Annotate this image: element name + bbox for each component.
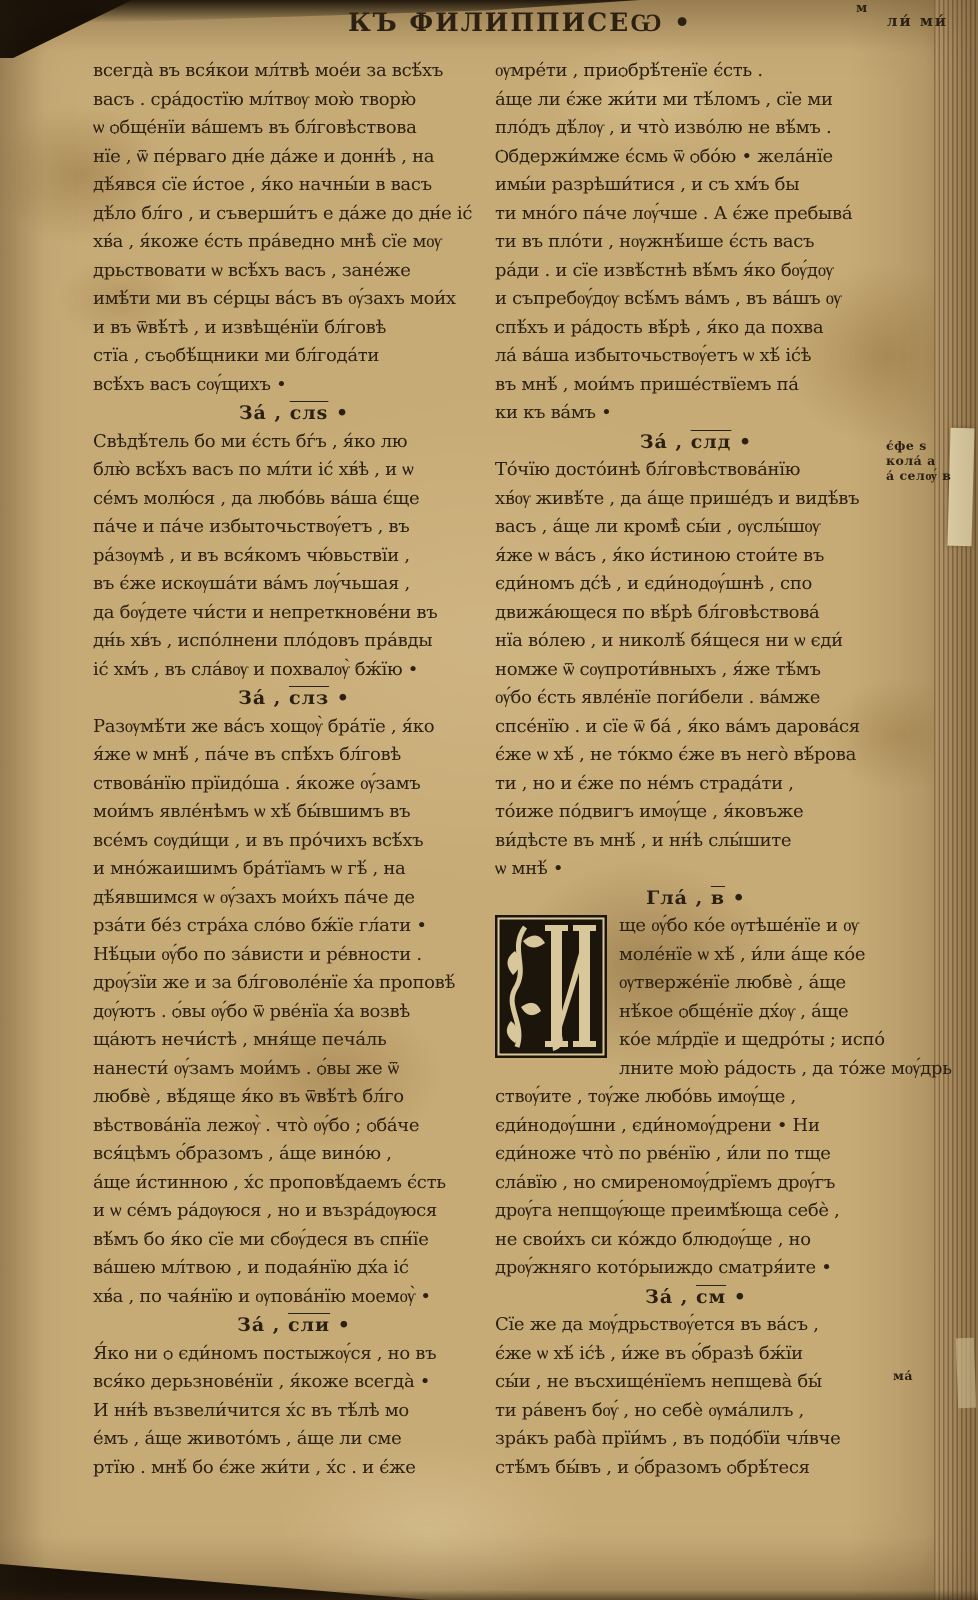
zachalo-number: слз bbox=[289, 687, 329, 709]
text-line: всегда̀ въ вся́кои мл́твѣ мое́и за всѣ́х… bbox=[93, 57, 495, 86]
text-line: стїа , съѻбѣ́щники ми бл́года́ти bbox=[93, 342, 495, 371]
text-line: Свѣдѣ́тель бо ми є́сть бѓъ , я́ко лю bbox=[93, 428, 495, 457]
text-line: любвѐ , вѣ́дяще я́ко въ ѿвѣ́тѣ бл́го bbox=[93, 1083, 495, 1112]
text-line: номже ѿ сѹпроти́вныхъ , я́же тѣ́мъ bbox=[495, 656, 897, 685]
text-line: не свои́хъ си ко́ждо блюдѹ́ще , но bbox=[495, 1226, 897, 1255]
margin-note-line: є́фе ѕ bbox=[886, 438, 951, 453]
margin-note: є́фе ѕкола́ аа́ селѹ́ в bbox=[886, 438, 951, 483]
text-line: ти ра́венъ бѹ́ , но себѐ ѹма́лилъ , bbox=[495, 1397, 897, 1426]
text-line: дрѹ́зїи же и за бл́говоле́нїе х́а пропов… bbox=[93, 969, 495, 998]
text-line: хв́а , я́коже є́сть пра́ведно мнѣ̀ сїе м… bbox=[93, 228, 495, 257]
text-line: єди́нодѹ́шни , єди́номѹ́дрени • Ни bbox=[495, 1112, 897, 1141]
text-line: єди́номъ дс́ѣ , и єди́нодѹ́шнѣ , спо bbox=[495, 570, 897, 599]
margin-note-line: кола́ а bbox=[886, 453, 951, 468]
text-line: сы́и , не въсхище́нїемъ непщева̀ бы́ bbox=[495, 1368, 897, 1397]
running-title: КЪ ФИЛИППИСЕѠ • м bbox=[348, 8, 692, 38]
zachalo-prefix: За́ , bbox=[239, 402, 282, 424]
margin-note: ма́ bbox=[893, 1368, 913, 1383]
text-line: ки къ ва́мъ • bbox=[495, 399, 897, 428]
zachalo-number: сли bbox=[288, 1314, 330, 1336]
zachalo-number: см bbox=[696, 1286, 726, 1308]
text-line: ви́дѣсте въ мнѣ́ , и нн́ѣ слы́шите bbox=[495, 827, 897, 856]
zachalo-number: слѕ bbox=[290, 402, 329, 424]
text-line: мои́мъ явле́нѣмъ ѡ хѣ́ бы́вшимъ въ bbox=[93, 798, 495, 827]
text-block: То́чїю досто́инѣ бл́говѣствова́нїюхв́ѹ ж… bbox=[495, 456, 897, 884]
text-line: хв́ѹ живѣ́те , да а́ще прише́дъ и видѣ́в… bbox=[495, 485, 897, 514]
text-line: ти мно́го па́че лѹ́чше . А є́же пребыва́ bbox=[495, 200, 897, 229]
zachalo-suffix: • bbox=[739, 431, 752, 453]
text-block: Я́ко ни ѻ єди́номъ постыжѹ́ся , но въвся… bbox=[93, 1340, 495, 1483]
text-line: дрьствовати ѡ всѣ́хъ васъ , зане́же bbox=[93, 257, 495, 286]
text-line: ѡ мнѣ́ • bbox=[495, 855, 897, 884]
text-column-left: всегда̀ въ вся́кои мл́твѣ мое́и за всѣ́х… bbox=[93, 57, 495, 1482]
running-title-text: КЪ ФИЛИППИСЕѠ • bbox=[348, 8, 692, 37]
text-line: Ѻбдержи́мже є́смь ѿ ѻбо́ю • жела́нїе bbox=[495, 143, 897, 172]
text-line: се́мъ молю́ся , да любо́вь ва́ша є́ще bbox=[93, 485, 495, 514]
text-line: То́чїю досто́инѣ бл́говѣствова́нїю bbox=[495, 456, 897, 485]
text-line: лните мою̀ ра́дость , да то́же мѹ́дрь bbox=[495, 1055, 897, 1084]
text-line: имѣ́ти ми въ се́рцы ва́съ въ ѹ́захъ мои́… bbox=[93, 285, 495, 314]
text-line: дѣ́явся сїе и́стое , я́ко начны́и в васъ bbox=[93, 171, 495, 200]
text-line: е́мъ , а́ще живото́мъ , а́ще ли сме bbox=[93, 1425, 495, 1454]
text-line: сла́вїю , но смиреномѹ́дрїемъ дрѹ́гъ bbox=[495, 1169, 897, 1198]
text-line: вѣ́мъ бо я́ко сїе ми сбѹ́деся въ спн́їе bbox=[93, 1226, 495, 1255]
text-line: въ є́же искѹша́ти ва́мъ лѹ́чьшая , bbox=[93, 570, 495, 599]
text-line: ртїю . мнѣ́ бо є́же жи́ти , х́с . и є́же bbox=[93, 1454, 495, 1483]
margin-note-line: а́ селѹ́ в bbox=[886, 468, 951, 483]
running-title-superscript: м bbox=[856, 1, 868, 16]
text-line: а́ще ли є́же жи́ти ми тѣ́ломъ , сїе ми bbox=[495, 86, 897, 115]
zachalo-number: в bbox=[711, 887, 725, 909]
zachalo-suffix: • bbox=[733, 887, 746, 909]
zachalo-suffix: • bbox=[336, 402, 349, 424]
zachalo-prefix: За́ , bbox=[645, 1286, 688, 1308]
bottom-vignette bbox=[0, 1590, 978, 1600]
text-line: ва́шею мл́твою , и подая́нїю дх́а іс́ bbox=[93, 1254, 495, 1283]
text-line: дн́ь хв́ъ , испо́лнени пло́довъ пра́вды bbox=[93, 627, 495, 656]
text-line: пло́дъ дѣ́лѹ , и что̀ изво́лю не вѣ́мъ . bbox=[495, 114, 897, 143]
text-line: ѹ́бо є́сть явле́нїе поги́бели . ва́мже bbox=[495, 684, 897, 713]
text-line: васъ , а́ще ли кромѣ̀ сы́и , ѹслы́шѹ bbox=[495, 513, 897, 542]
text-line: ствова́нїю прїидо́ша . я́коже ѹ́замъ bbox=[93, 770, 495, 799]
zachalo-suffix: • bbox=[338, 1314, 351, 1336]
text-line: Разѹмѣ́ти же ва́съ хощѹ̀ бра́тїе , я́ко bbox=[93, 713, 495, 742]
text-line: дѹ́ютъ . ѻ́вы ѹ́бо ѿ рве́нїа х́а возвѣ bbox=[93, 998, 495, 1027]
text-line: дѣ́ло бл́го , и съверши́тъ е да́же до дн… bbox=[93, 200, 495, 229]
text-line: ра́ди . и сїе извѣ́стнѣ вѣ́мъ я́ко бѹ́дѹ bbox=[495, 257, 897, 286]
text-line: ти , но и є́же по не́мъ страда́ти , bbox=[495, 770, 897, 799]
text-line: а́ще и́стинною , х́с проповѣ́даемъ є́сть bbox=[93, 1169, 495, 1198]
text-line: все́мъ сѹди́щи , и въ про́чихъ всѣ́хъ bbox=[93, 827, 495, 856]
text-line: ствѹ́ите , тѹ́же любо́вь имѹ́ще , bbox=[495, 1083, 897, 1112]
text-line: спѣ́хъ и ра́дость вѣ́рѣ , я́ко да похва bbox=[495, 314, 897, 343]
text-line: всѣ́хъ васъ сѹ́щихъ • bbox=[93, 371, 495, 400]
text-line: въ мнѣ́ , мои́мъ прише́ствїемъ па́ bbox=[495, 371, 897, 400]
folio-number: ли́ ми́ bbox=[887, 12, 948, 30]
zachalo-prefix: За́ , bbox=[238, 687, 281, 709]
text-line: васъ . сра́достїю мл́твѹ мою̀ творю̀ bbox=[93, 86, 495, 115]
margin-note-line: ма́ bbox=[893, 1368, 913, 1383]
zachalo-prefix: За́ , bbox=[237, 1314, 280, 1336]
text-line: є́же ѡ хѣ́ , не то́кмо є́же въ него̀ вѣ́… bbox=[495, 741, 897, 770]
text-line: имы́и разрѣши́тися , и съ хм́ъ бы bbox=[495, 171, 897, 200]
text-line: то́иже по́двигъ имѹ́ще , я́ковъже bbox=[495, 798, 897, 827]
text-line: вся́ко дерьзнове́нїи , я́коже всегда̀ • bbox=[93, 1368, 495, 1397]
text-line: и съпребѹ́дѹ всѣ́мъ ва́мъ , въ ва́шъ ѹ bbox=[495, 285, 897, 314]
text-block: всегда̀ въ вся́кои мл́твѣ мое́и за всѣ́х… bbox=[93, 57, 495, 399]
zachalo-heading: За́ , слѕ • bbox=[93, 399, 495, 428]
text-line: я́же ѡ мнѣ́ , па́че въ спѣ́хъ бл́говѣ bbox=[93, 741, 495, 770]
text-line: ра́зѹмѣ , и въ вся́комъ чю́вьствїи , bbox=[93, 542, 495, 571]
text-block: Свѣдѣ́тель бо ми є́сть бѓъ , я́ко люблю̀… bbox=[93, 428, 495, 685]
text-line: движа́ющеся по вѣ́рѣ бл́говѣствова́ bbox=[495, 599, 897, 628]
text-line: па́че и па́че избыточьствѹ́етъ , въ bbox=[93, 513, 495, 542]
book-page-scan: КЪ ФИЛИППИСЕѠ • м ли́ ми́ всегда̀ въ вся… bbox=[0, 0, 978, 1600]
text-line: ла́ ва́ша избыточьствѹ́етъ ѡ хѣ́ іс́ѣ bbox=[495, 342, 897, 371]
text-line: нанести́ ѹ́замъ мои́мъ . ѻ́вы же ѿ bbox=[93, 1055, 495, 1084]
text-line: єди́ноже что̀ по рве́нїю , и́ли по тще bbox=[495, 1140, 897, 1169]
text-line: блю̀ всѣ́хъ васъ по мл́ти іс́ хв́ѣ , и ѡ bbox=[93, 456, 495, 485]
paper-slip-lower bbox=[956, 1338, 976, 1409]
zachalo-prefix: За́ , bbox=[640, 431, 683, 453]
text-line: Сїе же да мѹ́дрьствѹ́ется въ ва́съ , bbox=[495, 1311, 897, 1340]
zachalo-suffix: • bbox=[734, 1286, 747, 1308]
text-line: и въ ѿвѣ́тѣ , и извѣще́нїи бл́говѣ bbox=[93, 314, 495, 343]
paper-slip bbox=[947, 428, 974, 547]
text-line: дѣ́явшимся ѡ ѹ́захъ мои́хъ па́че де bbox=[93, 884, 495, 913]
text-line: є́же ѡ хѣ́ іс́ѣ , и́же въ ѻ́бразѣ бж́їи bbox=[495, 1340, 897, 1369]
text-line: да бѹ́дете чи́сти и непреткнове́ни въ bbox=[93, 599, 495, 628]
text-line: стѣ́мъ бы́въ , и ѻ́бразомъ ѻбрѣ́теся bbox=[495, 1454, 897, 1483]
zachalo-prefix: Гла́ , bbox=[646, 887, 703, 909]
zachalo-heading: За́ , сли • bbox=[93, 1311, 495, 1340]
text-line: дрѹ́га непщѹ́юще преимѣ́юща себѐ , bbox=[495, 1197, 897, 1226]
text-line: и ѡ се́мъ ра́дѹюся , но и възра́дѹюся bbox=[93, 1197, 495, 1226]
zachalo-heading: За́ , слд • bbox=[495, 428, 897, 457]
text-line: ѡ ѻбще́нїи ва́шемъ въ бл́говѣствова bbox=[93, 114, 495, 143]
text-block: ѹмре́ти , приѻбрѣ́тенїе є́сть .а́ще ли є… bbox=[495, 57, 897, 428]
text-line: спсе́нїю . и сїе ѿ ба́ , я́ко ва́мъ даро… bbox=[495, 713, 897, 742]
text-block: ще ѹ́бо ко́е ѹтѣше́нїе и ѹмоле́нїе ѡ хѣ́… bbox=[495, 912, 897, 1283]
text-line: вся́цѣмъ ѻ́бразомъ , а́ще вино́ю , bbox=[93, 1140, 495, 1169]
zachalo-suffix: • bbox=[337, 687, 350, 709]
text-line: ща́ютъ нечи́стѣ , мня́ще печа́ль bbox=[93, 1026, 495, 1055]
text-block: Сїе же да мѹ́дрьствѹ́ется въ ва́съ ,є́же… bbox=[495, 1311, 897, 1482]
text-line: нїе , ѿ пе́рваго дн́е да́же и донн́ѣ , н… bbox=[93, 143, 495, 172]
zachalo-heading: Гла́ , в • bbox=[495, 884, 897, 913]
text-line: іс́ хм́ъ , въ сла́вѹ и похвалѹ̀ бж́їю • bbox=[93, 656, 495, 685]
zachalo-heading: За́ , см • bbox=[495, 1283, 897, 1312]
text-line: нїа во́лею , и николѣ́ бя́щеся ни ѡ єди́ bbox=[495, 627, 897, 656]
ornate-initial-A bbox=[495, 915, 607, 1058]
text-line: дрѹ́жняго кото́рыиждо сматря́ите • bbox=[495, 1254, 897, 1283]
zachalo-heading: За́ , слз • bbox=[93, 684, 495, 713]
text-line: хв́а , по чая́нїю и ѹпова́нїю моемѹ̀ • bbox=[93, 1283, 495, 1312]
text-line: и мно́жаишимъ бра́тїамъ ѡ гѣ́ , на bbox=[93, 855, 495, 884]
text-line: Я́ко ни ѻ єди́номъ постыжѹ́ся , но въ bbox=[93, 1340, 495, 1369]
text-line: И нн́ѣ възвели́чится х́с въ тѣ́лѣ мо bbox=[93, 1397, 495, 1426]
text-line: зра́къ раба̀ прїи́мъ , въ подо́бїи чл́вч… bbox=[495, 1425, 897, 1454]
text-column-right: ѹмре́ти , приѻбрѣ́тенїе є́сть .а́ще ли є… bbox=[495, 57, 897, 1482]
text-line: рза́ти бе́з стра́ха сло́во бж́їе гл́ати … bbox=[93, 912, 495, 941]
text-line: вѣствова́нїа лежѹ̀ . что̀ ѹ́бо ; ѻба́че bbox=[93, 1112, 495, 1141]
text-line: ѹмре́ти , приѻбрѣ́тенїе є́сть . bbox=[495, 57, 897, 86]
zachalo-number: слд bbox=[691, 431, 732, 453]
text-line: Нѣ́цыи ѹ́бо по за́висти и ре́вности . bbox=[93, 941, 495, 970]
text-line: я́же ѡ ва́съ , я́ко и́стиною стои́те въ bbox=[495, 542, 897, 571]
text-line: ти въ пло́ти , нѹжнѣ́ише є́сть васъ bbox=[495, 228, 897, 257]
text-block: Разѹмѣ́ти же ва́съ хощѹ̀ бра́тїе , я́коя… bbox=[93, 713, 495, 1312]
